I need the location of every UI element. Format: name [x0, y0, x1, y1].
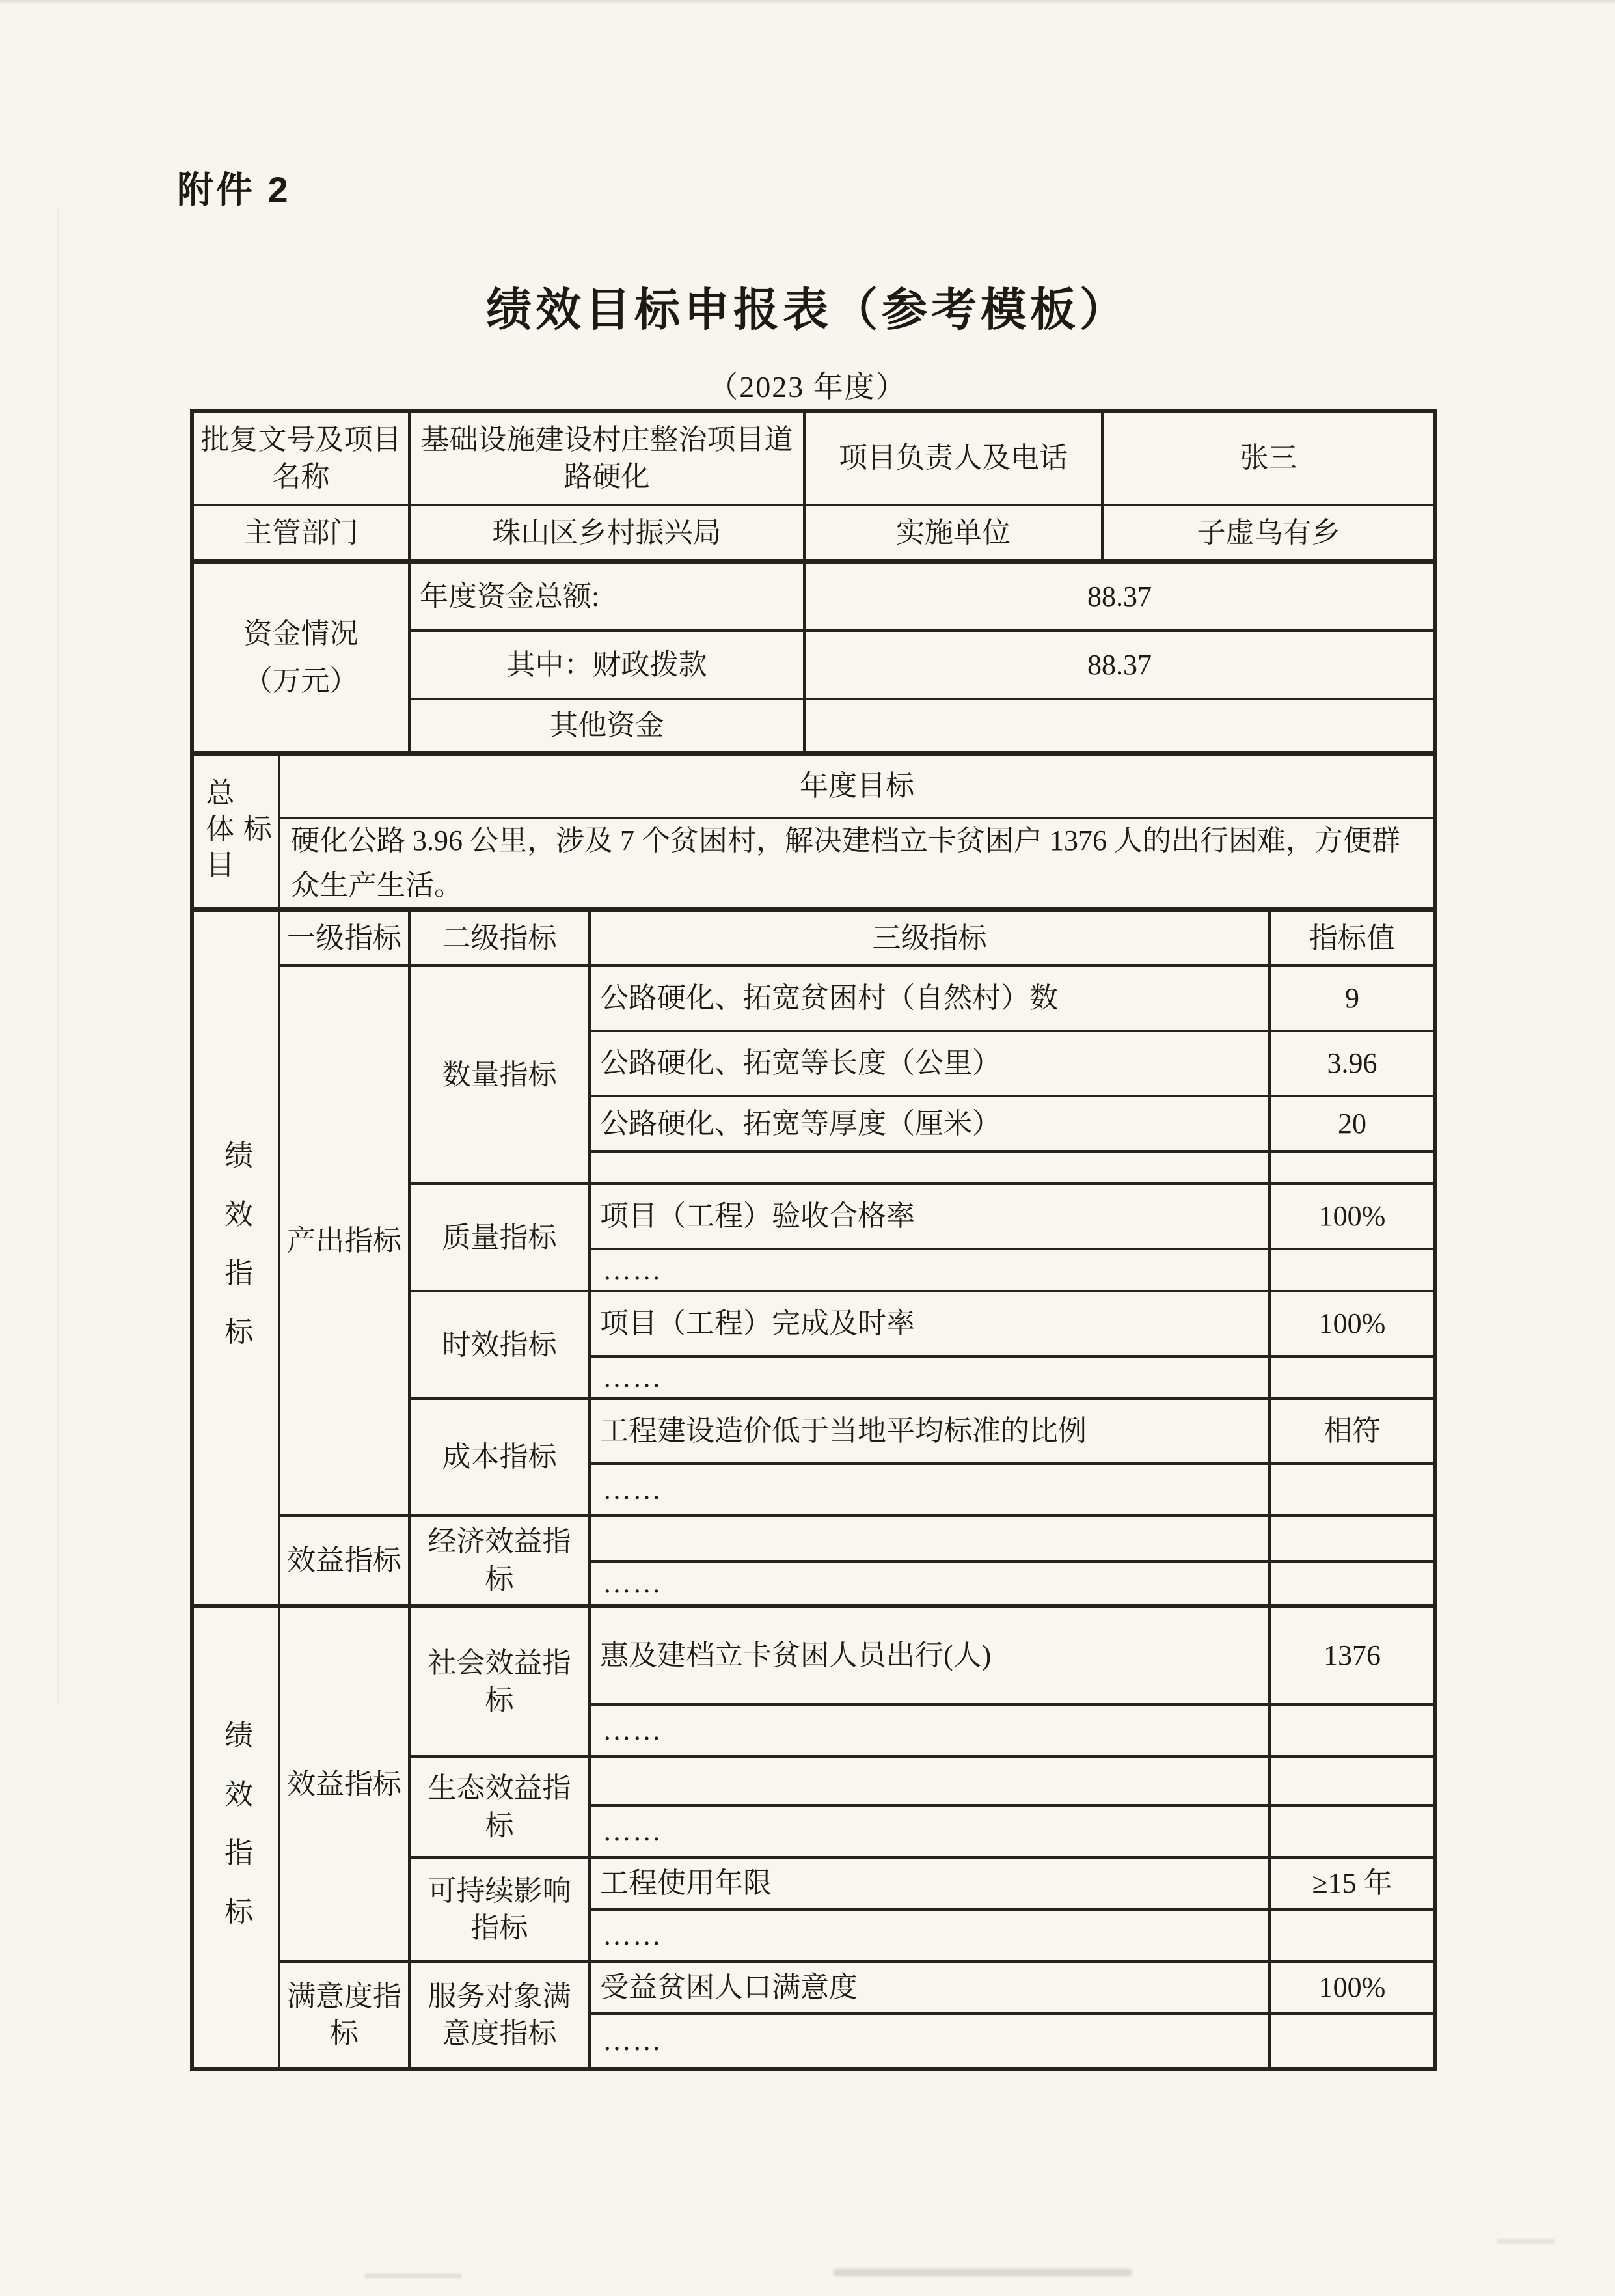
overall-goal-side-cell: 总体目标 — [194, 756, 280, 912]
quantity-indicator-cell: 数量指标 — [411, 967, 591, 1185]
economic-benefit-cell: 经济效益指标 — [411, 1517, 591, 1608]
funding-label-line2: （万元） — [244, 663, 359, 700]
indicator-value-quality-ellipsis — [1271, 1250, 1433, 1292]
indicator-value-economic-ellipsis — [1271, 1563, 1433, 1608]
scan-artifact-bottom-streak — [833, 2269, 1132, 2276]
indicator-value-sustain-ellipsis — [1271, 1911, 1433, 1963]
sustainability-cell: 可持续影响指标 — [411, 1859, 591, 1963]
indicator-name-eco-empty — [591, 1758, 1271, 1807]
doc-no-label-cell: 批复文号及项目名称 — [194, 413, 411, 506]
perf-side-cell-1: 绩效指标 — [194, 912, 280, 1608]
indicator-name-thickness: 公路硬化、拓宽等厚度（厘米） — [591, 1097, 1271, 1153]
benefit-indicator-cell-2: 效益指标 — [280, 1608, 411, 1963]
indicator-name-length: 公路硬化、拓宽等长度（公里） — [591, 1032, 1271, 1097]
indicator-name-poverty-travel: 惠及建档立卡贫困人员出行(人) — [591, 1608, 1271, 1706]
annual-total-label-cell: 年度资金总额: — [411, 564, 806, 632]
indicator-value-beneficiary-satisfaction: 100% — [1271, 1963, 1433, 2015]
annual-goal-text-cell: 硬化公路 3.96 公里，涉及 7 个贫困村，解决建档立卡贫困户 1376 人的… — [280, 819, 1433, 912]
indicator-value-length: 3.96 — [1271, 1032, 1433, 1097]
header-value-cell: 指标值 — [1271, 912, 1433, 967]
header-level2-cell: 二级指标 — [411, 912, 591, 967]
impl-value-cell: 子虚乌有乡 — [1104, 506, 1433, 564]
social-benefit-cell: 社会效益指标 — [411, 1608, 591, 1758]
header-level1-cell: 一级指标 — [280, 912, 411, 967]
fiscal-alloc-value-cell: 88.37 — [806, 632, 1433, 700]
manager-value-cell: 张三 — [1104, 413, 1433, 506]
output-indicator-cell: 产出指标 — [280, 967, 411, 1517]
indicator-name-sustain-ellipsis: …… — [591, 1911, 1271, 1963]
impl-label-cell: 实施单位 — [806, 506, 1104, 564]
indicator-name-eco-ellipsis: …… — [591, 1807, 1271, 1859]
timeliness-indicator-cell: 时效指标 — [411, 1292, 591, 1400]
quality-indicator-cell: 质量指标 — [411, 1185, 591, 1292]
indicator-name-cost-ratio: 工程建设造价低于当地平均标准的比例 — [591, 1400, 1271, 1465]
indicator-name-ontime-rate: 项目（工程）完成及时率 — [591, 1292, 1271, 1358]
indicator-value-empty-quantity — [1271, 1153, 1433, 1185]
cost-indicator-cell: 成本指标 — [411, 1400, 591, 1517]
indicator-value-acceptance-rate: 100% — [1271, 1185, 1433, 1250]
scanned-document-page: 附件 2 绩效目标申报表（参考模板） （2023 年度） 批复文号及项目名称 基… — [0, 0, 1615, 2296]
performance-target-form-table: 批复文号及项目名称 基础设施建设村庄整治项目道路硬化 项目负责人及电话 张三 主… — [190, 409, 1437, 2071]
project-name-cell: 基础设施建设村庄整治项目道路硬化 — [411, 413, 806, 506]
annual-total-value-cell: 88.37 — [806, 564, 1433, 632]
indicator-value-time-ellipsis — [1271, 1358, 1433, 1400]
manager-label-cell: 项目负责人及电话 — [806, 413, 1104, 506]
indicator-value-cost-ellipsis — [1271, 1465, 1433, 1517]
indicator-value-eco-empty — [1271, 1758, 1433, 1807]
dept-value-cell: 珠山区乡村振兴局 — [411, 506, 806, 564]
service-target-satisfaction-cell: 服务对象满意度指标 — [411, 1963, 591, 2067]
indicator-value-villages: 9 — [1271, 967, 1433, 1032]
funding-label-line1: 资金情况 — [244, 615, 359, 652]
fiscal-alloc-label-cell: 其中：财政拨款 — [411, 632, 806, 700]
benefit-indicator-cell-1: 效益指标 — [280, 1517, 411, 1608]
other-funds-value-cell — [806, 700, 1433, 756]
indicator-name-satisfaction-ellipsis: …… — [591, 2015, 1271, 2067]
indicator-value-satisfaction-ellipsis — [1271, 2015, 1433, 2067]
indicator-value-economic-empty — [1271, 1517, 1433, 1563]
indicator-name-economic-empty — [591, 1517, 1271, 1563]
scan-artifact-bottom-streak-3 — [1497, 2239, 1555, 2244]
indicator-name-cost-ellipsis: …… — [591, 1465, 1271, 1517]
indicator-value-eco-ellipsis — [1271, 1807, 1433, 1859]
page-title: 绩效目标申报表（参考模板） — [0, 273, 1615, 339]
indicator-name-acceptance-rate: 项目（工程）验收合格率 — [591, 1185, 1271, 1250]
indicator-name-time-ellipsis: …… — [591, 1358, 1271, 1400]
ecological-benefit-cell: 生态效益指标 — [411, 1758, 591, 1859]
attachment-label: 附件 2 — [177, 161, 291, 213]
scan-artifact-bottom-streak-2 — [364, 2273, 462, 2278]
scan-artifact-fold-line — [57, 208, 59, 1705]
indicator-name-economic-ellipsis: …… — [591, 1563, 1271, 1608]
scan-artifact-top-edge — [0, 0, 1615, 5]
indicator-value-cost-ratio: 相符 — [1271, 1400, 1433, 1465]
indicator-name-beneficiary-satisfaction: 受益贫困人口满意度 — [591, 1963, 1271, 2015]
satisfaction-indicator-cell: 满意度指标 — [280, 1963, 411, 2067]
indicator-name-social-ellipsis: …… — [591, 1706, 1271, 1758]
indicator-name-quality-ellipsis: …… — [591, 1250, 1271, 1292]
indicator-value-social-ellipsis — [1271, 1706, 1433, 1758]
indicator-value-service-life: ≥15 年 — [1271, 1859, 1433, 1911]
indicator-value-poverty-travel: 1376 — [1271, 1608, 1433, 1706]
header-level3-cell: 三级指标 — [591, 912, 1271, 967]
indicator-name-empty-quantity — [591, 1153, 1271, 1185]
indicator-value-ontime-rate: 100% — [1271, 1292, 1433, 1358]
indicator-value-thickness: 20 — [1271, 1097, 1433, 1153]
funding-label-cell: 资金情况 （万元） — [194, 564, 411, 756]
page-subtitle: （2023 年度） — [0, 363, 1615, 406]
indicator-name-service-life: 工程使用年限 — [591, 1859, 1271, 1911]
other-funds-label-cell: 其他资金 — [411, 700, 806, 756]
dept-label-cell: 主管部门 — [194, 506, 411, 564]
indicator-name-villages: 公路硬化、拓宽贫困村（自然村）数 — [591, 967, 1271, 1032]
annual-goal-header-cell: 年度目标 — [280, 756, 1433, 819]
perf-side-cell-2: 绩效指标 — [194, 1608, 280, 2067]
